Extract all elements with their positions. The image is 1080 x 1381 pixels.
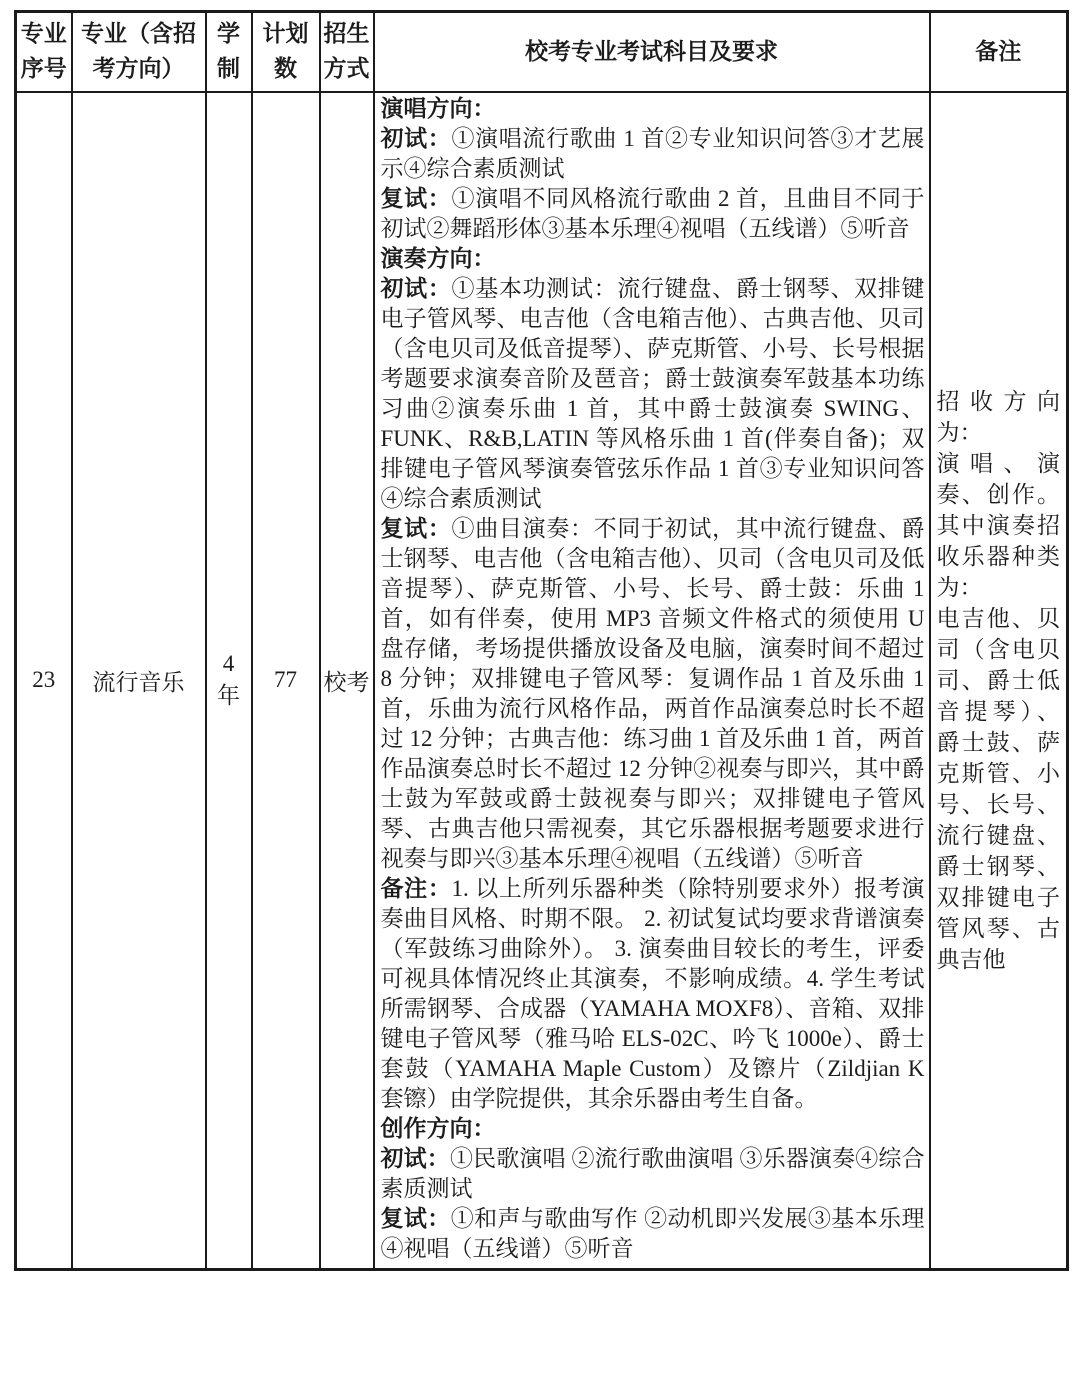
cell-admission-method: 校考 — [320, 92, 374, 1270]
exam-section-label: 复试： — [381, 186, 452, 211]
exam-section-composition-second-round: 复试：①和声与歌曲写作 ②动机即兴发展③基本乐理④视唱（五线谱）⑤听音 — [381, 1204, 925, 1264]
exam-section-text: ①演唱流行歌曲 1 首②专业知识问答③才艺展示④综合素质测试 — [381, 126, 925, 181]
exam-section-text: ①和声与歌曲写作 ②动机即兴发展③基本乐理④视唱（五线谱）⑤听音 — [381, 1206, 925, 1261]
exam-section-label: 初试： — [381, 276, 452, 301]
exam-section-label: 初试： — [381, 126, 452, 151]
header-serial-number: 专业序号 — [16, 12, 72, 92]
header-study-length: 学制 — [206, 12, 252, 92]
remarks-line: 招收方向为： — [937, 386, 1061, 448]
cell-planned-count: 77 — [252, 92, 320, 1270]
cell-remarks: 招收方向为： 演唱、演奏、创作。其中演奏招收乐器种类为： 电吉他、贝司（含电贝司… — [930, 92, 1068, 1270]
exam-section-label: 复试： — [381, 516, 452, 541]
exam-section-notes: 备注：1. 以上所列乐器种类（除特别要求外）报考演奏曲目风格、时期不限。 2. … — [381, 874, 925, 1114]
exam-section-vocal-second-round: 复试：①演唱不同风格流行歌曲 2 首，且曲目不同于初试②舞蹈形体③基本乐理④视唱… — [381, 184, 925, 244]
exam-section-instrumental-second-round: 复试：①曲目演奏：不同于初试，其中流行键盘、爵士钢琴、电吉他（含电箱吉他）、贝司… — [381, 514, 925, 874]
table-header-row: 专业序号 专业（含招考方向） 学制 计划数 招生方式 校考专业考试科目及要求 备… — [16, 12, 1068, 92]
header-planned-count: 计划数 — [252, 12, 320, 92]
exam-section-text: ①基本功测试：流行键盘、爵士钢琴、双排键电子管风琴、电吉他（含电箱吉他）、古典吉… — [381, 276, 925, 511]
header-remarks: 备注 — [930, 12, 1068, 92]
exam-section-label: 初试： — [381, 1146, 450, 1171]
exam-section-composition-direction: 创作方向： — [381, 1114, 925, 1144]
exam-section-label: 备注： — [381, 876, 452, 901]
exam-section-text: ①民歌演唱 ②流行歌曲演唱 ③乐器演奏④综合素质测试 — [381, 1146, 925, 1201]
exam-section-label: 创作方向： — [381, 1116, 496, 1141]
remarks-line: 演唱、演奏、创作。其中演奏招收乐器种类为： — [937, 448, 1061, 603]
exam-section-instrumental-direction: 演奏方向： — [381, 244, 925, 274]
remarks-line: 电吉他、贝司（含电贝司、爵士低音提琴）、爵士鼓、萨克斯管、小号、长号、流行键盘、… — [937, 603, 1061, 975]
cell-exam-requirements: 演唱方向： 初试：①演唱流行歌曲 1 首②专业知识问答③才艺展示④综合素质测试 … — [374, 92, 930, 1270]
exam-section-instrumental-first-round: 初试：①基本功测试：流行键盘、爵士钢琴、双排键电子管风琴、电吉他（含电箱吉他）、… — [381, 274, 925, 514]
table-body-row: 23 流行音乐 4 年 77 校考 演唱方向： 初试：①演唱流行歌曲 1 首②专… — [16, 92, 1068, 1270]
cell-study-length: 4 年 — [206, 92, 252, 1270]
cell-serial-number: 23 — [16, 92, 72, 1270]
document-page: 专业序号 专业（含招考方向） 学制 计划数 招生方式 校考专业考试科目及要求 备… — [0, 0, 1080, 1381]
exam-section-text: 1. 以上所列乐器种类（除特别要求外）报考演奏曲目风格、时期不限。 2. 初试复… — [381, 876, 925, 1111]
exam-section-text: ①演唱不同风格流行歌曲 2 首，且曲目不同于初试②舞蹈形体③基本乐理④视唱（五线… — [381, 186, 925, 241]
cell-major: 流行音乐 — [72, 92, 206, 1270]
admissions-table: 专业序号 专业（含招考方向） 学制 计划数 招生方式 校考专业考试科目及要求 备… — [14, 10, 1069, 1271]
exam-section-label: 复试： — [381, 1206, 451, 1231]
exam-section-label: 演奏方向： — [381, 246, 496, 271]
exam-section-vocal-first-round: 初试：①演唱流行歌曲 1 首②专业知识问答③才艺展示④综合素质测试 — [381, 124, 925, 184]
header-major: 专业（含招考方向） — [72, 12, 206, 92]
header-admission-method: 招生方式 — [320, 12, 374, 92]
exam-section-vocal-direction: 演唱方向： — [381, 94, 925, 124]
header-exam-requirements: 校考专业考试科目及要求 — [374, 12, 930, 92]
exam-section-text: ①曲目演奏：不同于初试，其中流行键盘、爵士钢琴、电吉他（含电箱吉他）、贝司（含电… — [381, 516, 925, 871]
exam-section-label: 演唱方向： — [381, 96, 496, 121]
exam-section-composition-first-round: 初试：①民歌演唱 ②流行歌曲演唱 ③乐器演奏④综合素质测试 — [381, 1144, 925, 1204]
